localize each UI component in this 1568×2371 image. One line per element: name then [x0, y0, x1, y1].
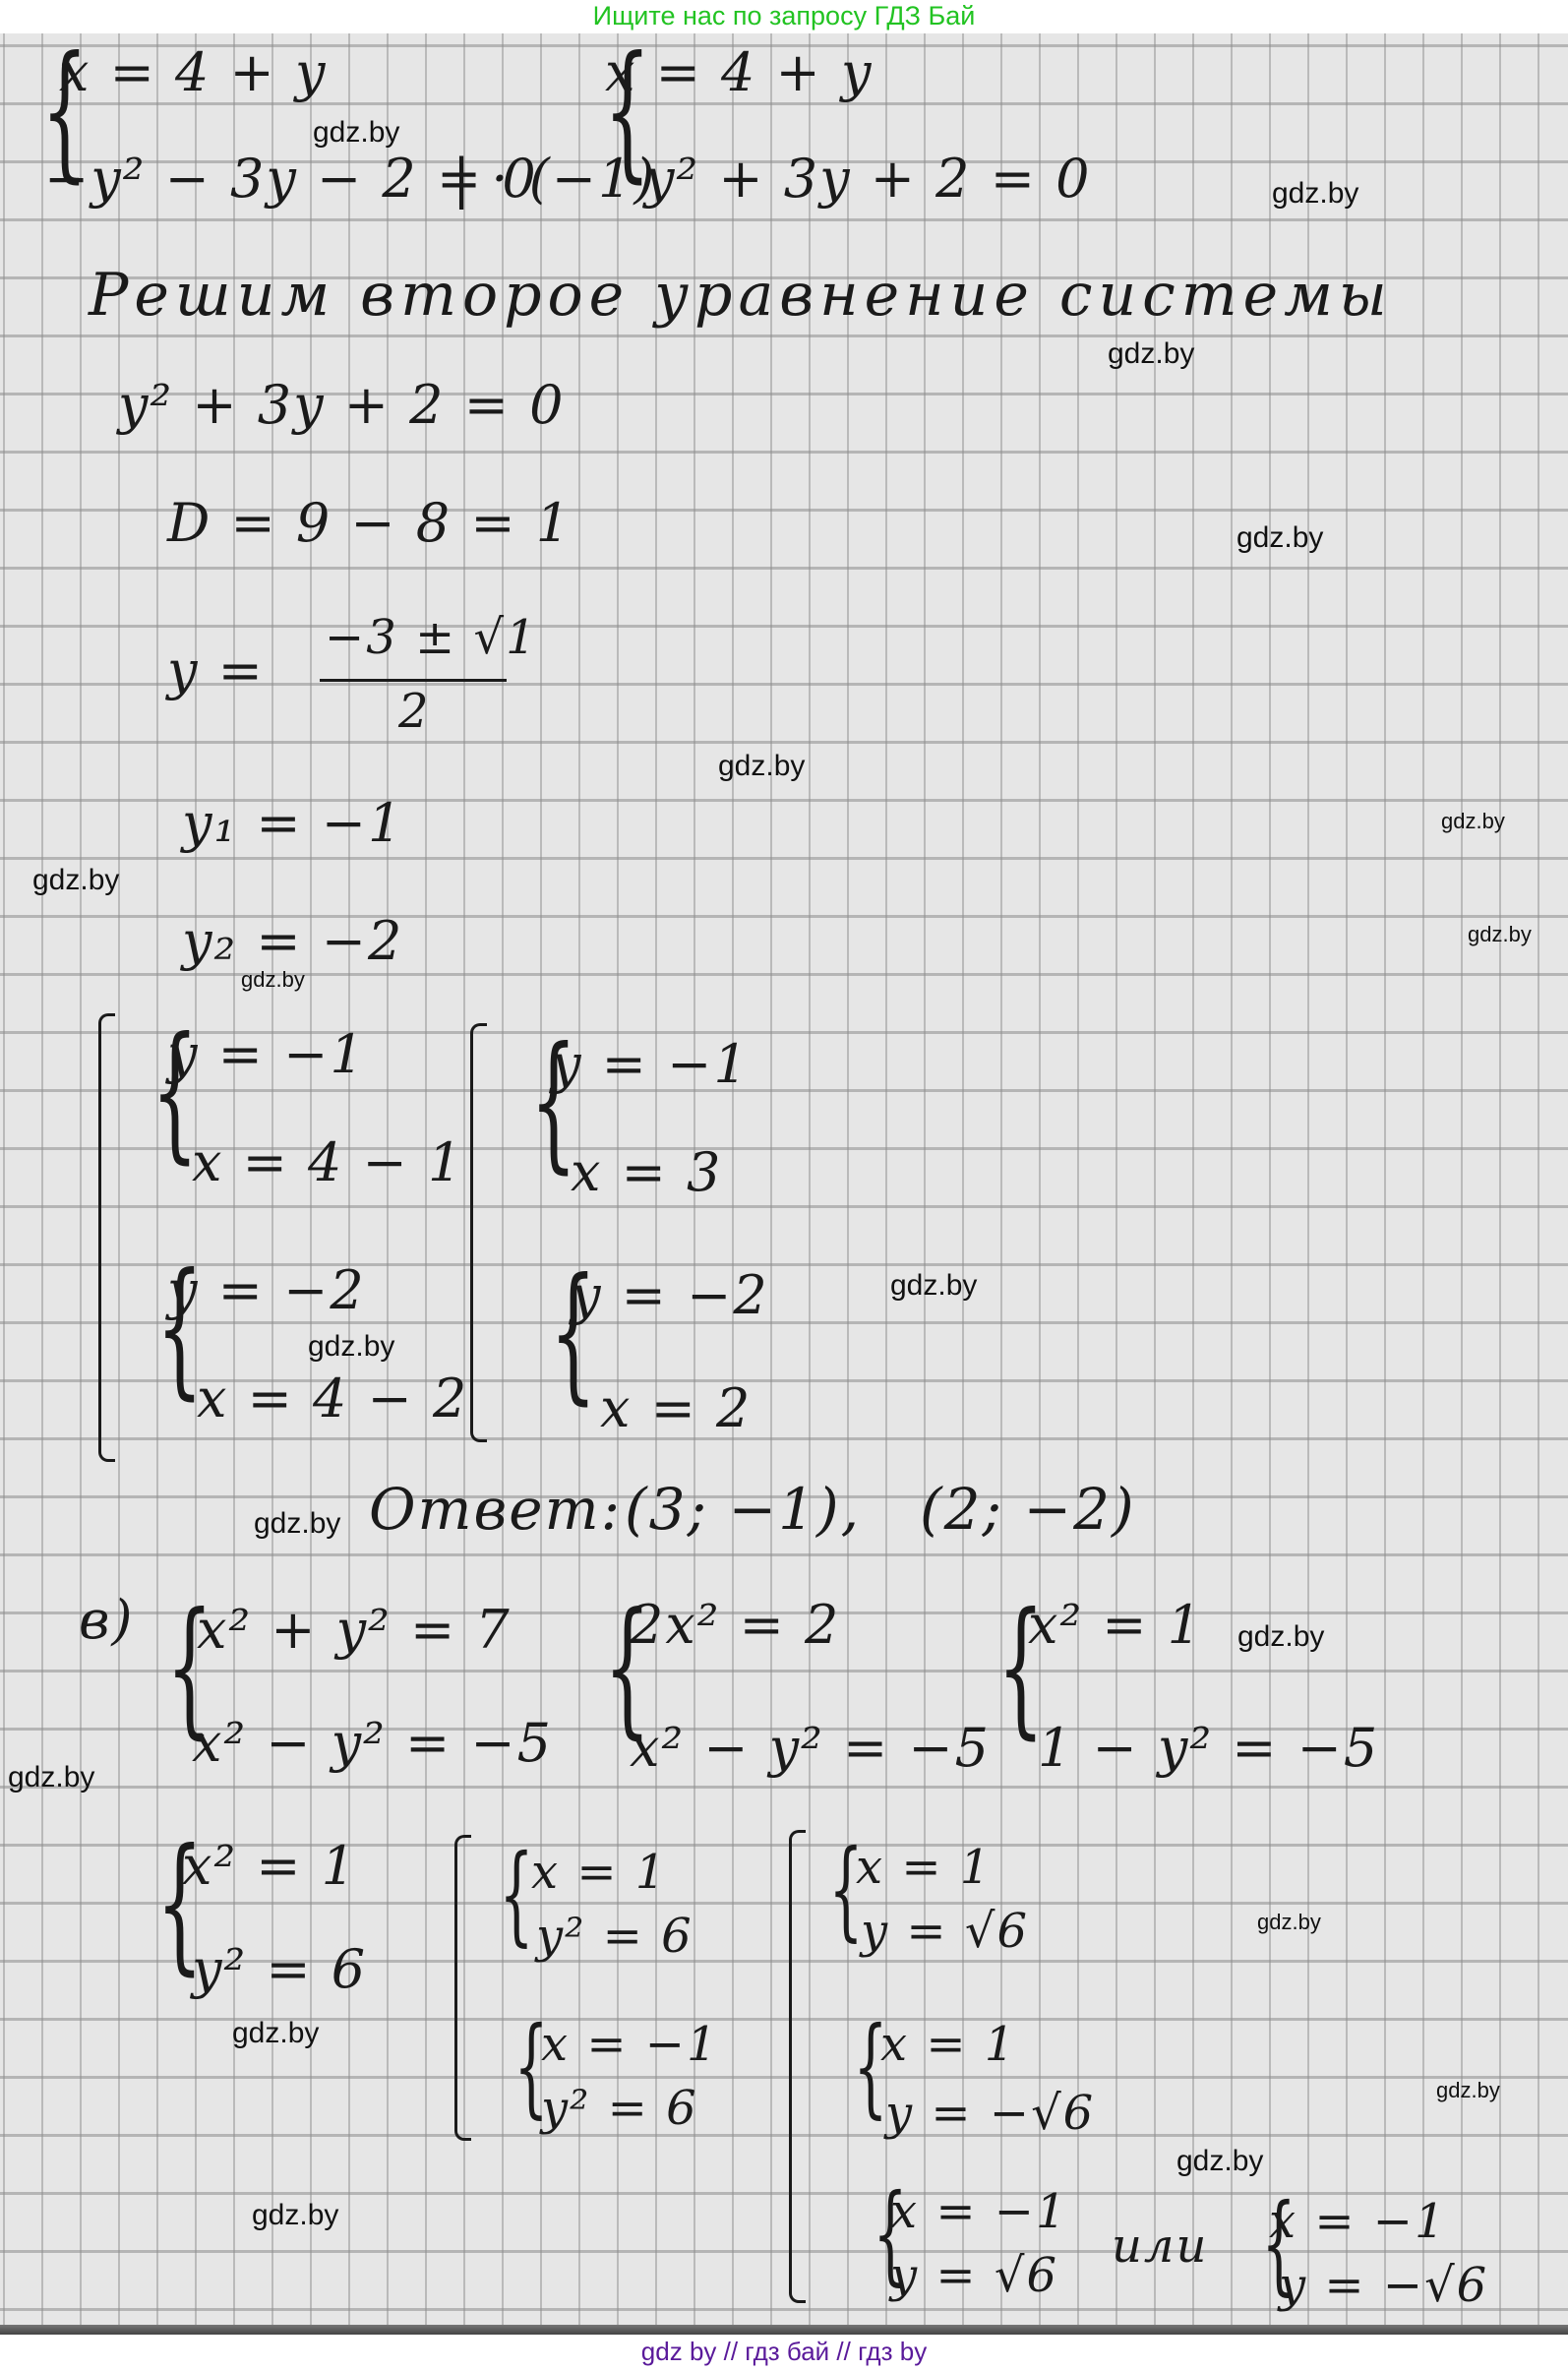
watermark: gdz.by	[241, 967, 305, 993]
watermark: gdz.by	[1237, 1620, 1324, 1654]
discriminant: D = 9 − 8 = 1	[167, 492, 572, 554]
part-v-sys1-eq1: x² + y² = 7	[197, 1599, 512, 1661]
set-bracket	[789, 1830, 806, 2303]
last-sys-eq2: y = −√6	[1279, 2258, 1488, 2313]
set-d-sys1-eq2: y = √6	[861, 1904, 1029, 1959]
watermark: gdz.by	[1468, 922, 1532, 947]
set-d-sys3-eq1: x = −1	[890, 2184, 1068, 2239]
part-v-sys3-eq1: x² = 1	[1028, 1594, 1203, 1656]
answer-pair-2: (2; −2)	[920, 1476, 1136, 1543]
system1-eq1: x = 4 + y	[59, 41, 327, 103]
system2-eq2: y² + 3y + 2 = 0	[644, 148, 1091, 210]
part-v-sys1-eq2: x² − y² = −5	[192, 1712, 553, 1774]
set-c-sys1-eq2: y² = 6	[536, 1909, 694, 1964]
set-bracket	[98, 1013, 115, 1462]
fraction-bar	[320, 679, 507, 682]
set-c-sys1-eq1: x = 1	[531, 1845, 667, 1900]
system2-eq1: x = 4 + y	[605, 41, 873, 103]
watermark: gdz.by	[1257, 1910, 1321, 1935]
set-c-sys2-eq1: x = −1	[541, 2017, 719, 2072]
top-banner: Ищите нас по запросу ГДЗ Бай	[0, 0, 1568, 33]
part-v-sys4-eq1: x² = 1	[182, 1835, 357, 1897]
set-d-sys2-eq2: y = −√6	[885, 2086, 1095, 2141]
page-edge	[0, 2325, 1568, 2335]
watermark: gdz.by	[308, 1330, 394, 1364]
watermark: gdz.by	[1176, 2145, 1263, 2178]
set-b-sys2-eq2: x = 2	[600, 1377, 752, 1439]
watermark: gdz.by	[718, 750, 805, 783]
watermark: gdz.by	[890, 1269, 977, 1303]
roots-lhs: y =	[167, 639, 265, 701]
set-a-sys1-eq1: y = −1	[167, 1023, 366, 1085]
set-d-sys1-eq1: x = 1	[856, 1840, 992, 1895]
answer-label: Ответ:	[369, 1476, 622, 1543]
set-bracket	[470, 1023, 487, 1442]
roots-denominator: 2	[398, 684, 431, 739]
part-v-sys4-eq2: y² = 6	[192, 1938, 367, 2000]
set-d-sys2-eq1: x = 1	[880, 2017, 1016, 2072]
set-b-sys1-eq1: y = −1	[551, 1033, 750, 1095]
set-c-sys2-eq2: y² = 6	[541, 2081, 698, 2136]
part-v-sys2-eq2: x² − y² = −5	[630, 1717, 991, 1779]
bottom-banner-text: gdz by // гдз бай // гдз by	[641, 2337, 927, 2366]
watermark: gdz.by	[1436, 2078, 1500, 2103]
bottom-banner: gdz by // гдз бай // гдз by	[0, 2335, 1568, 2371]
or-label: или	[1112, 2219, 1208, 2274]
answer-pair-1: (3; −1),	[625, 1476, 861, 1543]
set-b-sys1-eq2: x = 3	[571, 1141, 722, 1203]
set-a-sys2-eq1: y = −2	[167, 1259, 366, 1321]
root-y1: y₁ = −1	[182, 792, 403, 854]
part-v-sys2-eq1: 2x² = 2	[630, 1594, 840, 1656]
roots-numerator: −3 ± √1	[325, 610, 538, 665]
watermark: gdz.by	[1236, 521, 1323, 555]
part-label: в)	[79, 1589, 135, 1651]
watermark: gdz.by	[252, 2199, 338, 2232]
watermark: gdz.by	[8, 1761, 94, 1794]
watermark: gdz.by	[313, 116, 399, 150]
watermark: gdz.by	[232, 2017, 319, 2050]
set-b-sys2-eq1: y = −2	[571, 1264, 769, 1326]
quadratic-equation: y² + 3y + 2 = 0	[118, 374, 565, 436]
watermark: gdz.by	[254, 1507, 340, 1541]
last-sys-eq1: x = −1	[1269, 2194, 1447, 2249]
heading-text: Решим второе уравнение системы	[89, 261, 1393, 330]
system-brace: {	[500, 1840, 534, 1948]
watermark: gdz.by	[1441, 809, 1505, 834]
watermark: gdz.by	[1272, 177, 1358, 211]
set-a-sys2-eq2: x = 4 − 2	[197, 1368, 468, 1429]
watermark: gdz.by	[1108, 337, 1194, 371]
watermark: gdz.by	[32, 864, 119, 897]
set-d-sys3-eq2: y = √6	[890, 2248, 1058, 2303]
set-a-sys1-eq2: x = 4 − 1	[192, 1131, 463, 1193]
set-bracket	[454, 1835, 471, 2141]
root-y2: y₂ = −2	[182, 910, 403, 972]
part-v-sys3-eq2: 1 − y² = −5	[1038, 1717, 1379, 1779]
